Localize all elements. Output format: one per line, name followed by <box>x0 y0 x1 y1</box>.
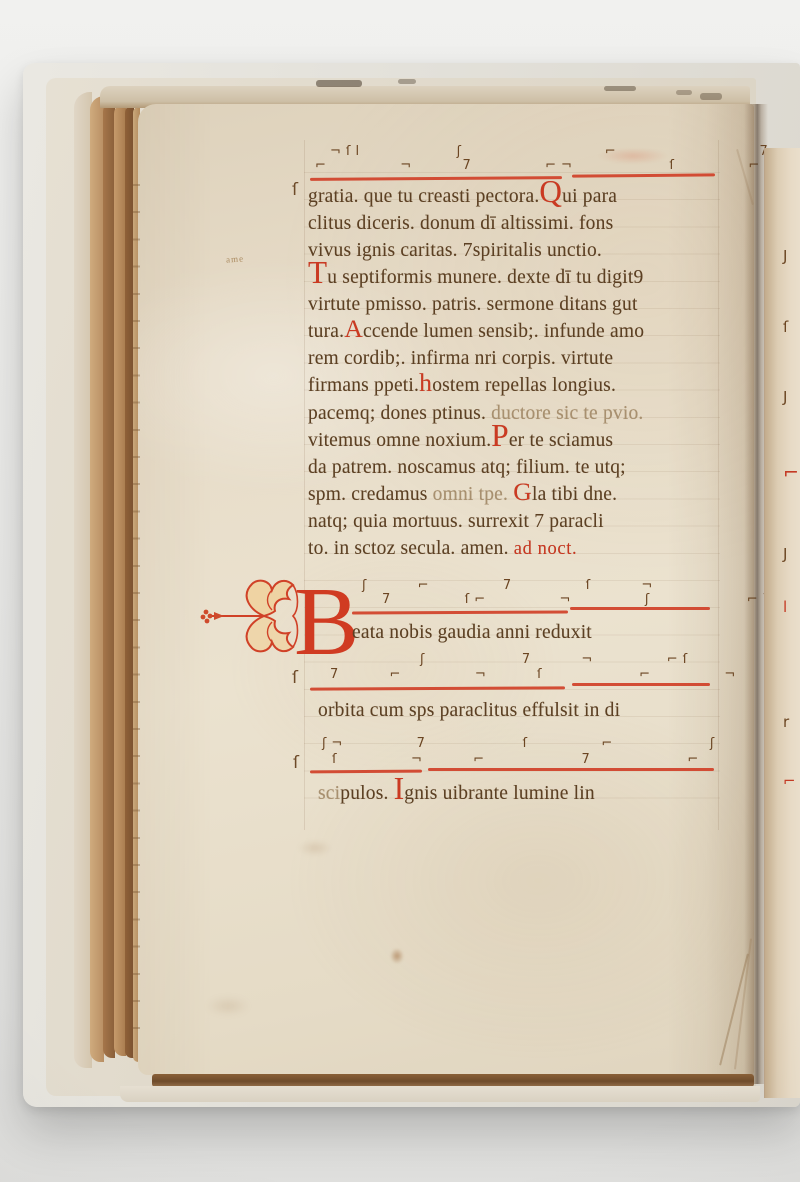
facing-page-sliver <box>764 148 800 1098</box>
ruling-vertical-left <box>304 140 305 830</box>
ornament-cluster <box>201 610 224 624</box>
staff-line <box>428 768 714 771</box>
pricking-marks <box>133 184 140 1044</box>
text-line: rem cordib;. infirma nri corpis. virtute <box>308 348 728 374</box>
verse-text: pacemq; dones ptinus. <box>308 403 486 424</box>
text-line: gratia. que tu creasti pectora.Qui para <box>308 186 728 212</box>
edge-stain <box>676 90 692 95</box>
verse-text: ui para <box>562 186 617 207</box>
facing-page-fragment: ſ <box>783 318 800 336</box>
verse-text: natq; quia mortuus. surrexit 7 paracli <box>308 511 604 532</box>
marginal-note: ame <box>226 253 245 264</box>
chant-text: pulos. <box>340 783 388 804</box>
rubric-ad-noct: ad noct. <box>514 538 577 559</box>
parchment-stain <box>390 948 404 964</box>
rubricated-initial: A <box>344 314 363 343</box>
verse-text: rem cordib;. infirma nri corpis. virtute <box>308 348 613 369</box>
custos-mark: ſ <box>292 668 298 688</box>
neume-row: 7 ſ⌐ ¬ ʃ ⌐7 ſ l <box>382 592 800 608</box>
facing-page-fragment: l <box>783 598 800 616</box>
rubricated-initial: P <box>491 418 509 453</box>
page-edge-stack <box>90 96 104 1062</box>
chant-text: eata nobis gaudia anni reduxit <box>352 622 592 643</box>
facing-page-fragment: ⌐ <box>783 462 800 484</box>
text-line: firmans ppeti.hostem repellas longius. <box>308 375 728 401</box>
text-line: virtute pmisso. patris. sermone ditans g… <box>308 294 728 320</box>
cover-bottom-lip <box>120 1086 760 1102</box>
verse-text: vitemus omne noxium. <box>308 430 491 451</box>
neume-row: ʃ¬ 7 ſ ⌐ ʃ ¬ 7 ⌐ ¬ J <box>322 736 800 752</box>
verse-text-faded: omni tpe. <box>428 484 514 505</box>
facing-page-fragment: J <box>783 247 800 265</box>
illuminated-initial-b: B <box>200 566 362 668</box>
chant-text-line: eata nobis gaudia anni reduxit <box>352 622 772 648</box>
verse-text: vivus ignis caritas. 7spiritalis unctio. <box>308 240 602 261</box>
chant-text-line: orbita cum sps paraclitus effulsit in di <box>318 700 738 726</box>
staff-line <box>570 607 710 610</box>
text-line: clitus diceris. donum dī altissimi. fons <box>308 213 728 239</box>
verse-text: ccende lumen sensib;. infunde amo <box>363 321 644 342</box>
text-line: pacemq; dones ptinus. ductore sic te pvi… <box>308 403 728 429</box>
facing-page-fragment: ⌐ <box>783 772 800 790</box>
neume-row: ſ ¬ ⌐ 7 ⌐ <box>332 752 703 768</box>
verse-text: da patrem. noscamus atq; filium. te utq; <box>308 457 626 478</box>
text-line: vitemus omne noxium.Per te sciamus <box>308 430 728 456</box>
verse-text: tura. <box>308 321 344 342</box>
verse-text: gratia. que tu creasti pectora. <box>308 186 539 207</box>
text-line: natq; quia mortuus. surrexit 7 paracli <box>308 511 728 537</box>
rubricated-initial: G <box>513 477 532 506</box>
verse-text: u septiformis munere. dexte dī tu digit9 <box>327 267 643 288</box>
chant-text: gnis uibrante lumine lin <box>404 783 595 804</box>
verse-text: ostem repellas longius. <box>432 375 616 396</box>
initial-letter: B <box>294 568 359 668</box>
facing-page-fragment: r <box>783 713 800 731</box>
edge-stain <box>604 86 636 91</box>
neume-row: ʃ 7 ¬ ⌐ſ ʃ ⌐7 <box>420 652 800 668</box>
parchment-stain <box>206 996 250 1016</box>
text-line: spm. credamus omni tpe. Gla tibi dne. <box>308 484 728 510</box>
facing-page-fragment: J <box>783 545 800 563</box>
text-line: to. in sctoz secula. amen. ad noct. <box>308 538 728 564</box>
text-line: Tu septiformis munere. dexte dī tu digit… <box>308 267 728 293</box>
chant-text-faded: sci <box>318 783 340 804</box>
parchment-stain <box>298 840 332 856</box>
rubricated-initial: Q <box>539 174 562 209</box>
verse-text: er te sciamus <box>509 430 613 451</box>
neume-row: 7 ⌐ ¬ ſ ⌐ ¬ J <box>330 667 800 683</box>
verse-text: spm. credamus <box>308 484 428 505</box>
verse-text-faded: ductore sic te pvio. <box>486 403 643 424</box>
chant-text: orbita cum sps paraclitus effulsit in di <box>318 700 620 721</box>
verse-text: virtute pmisso. patris. sermone ditans g… <box>308 294 638 315</box>
text-line: vivus ignis caritas. 7spiritalis unctio. <box>308 240 728 266</box>
edge-stain <box>700 93 722 100</box>
edge-stain <box>316 80 362 87</box>
verse-text: to. in sctoz secula. amen. <box>308 538 509 559</box>
verse-text: clitus diceris. donum dī altissimi. fons <box>308 213 613 234</box>
verse-text: la tibi dne. <box>532 484 617 505</box>
text-line: tura.Accende lumen sensib;. infunde amo <box>308 321 728 347</box>
staff-line <box>572 683 710 686</box>
custos-mark: ſ <box>292 180 298 200</box>
verse-text: firmans ppeti. <box>308 375 419 396</box>
edge-stain <box>398 79 416 84</box>
facing-page-fragment: J <box>783 388 800 406</box>
chant-text-line: scipulos. Ignis uibrante lumine lin <box>318 783 738 809</box>
rubricated-initial: I <box>394 771 405 806</box>
custos-mark: ſ <box>293 753 299 773</box>
manuscript-photo: ¬ſl ʃ ⌐ 7 ⌐ ¬ 7 ⌐¬ ſ ⌐ ¬ ⌐ ſ ¬⌐ ſ gratia… <box>0 0 800 1182</box>
neume-row: ⌐ ¬ 7 ⌐¬ ſ ⌐ ¬ ⌐ ſ ¬⌐ <box>315 158 800 174</box>
rubricated-initial: T <box>308 255 327 290</box>
rubricated-initial: h <box>419 368 432 397</box>
